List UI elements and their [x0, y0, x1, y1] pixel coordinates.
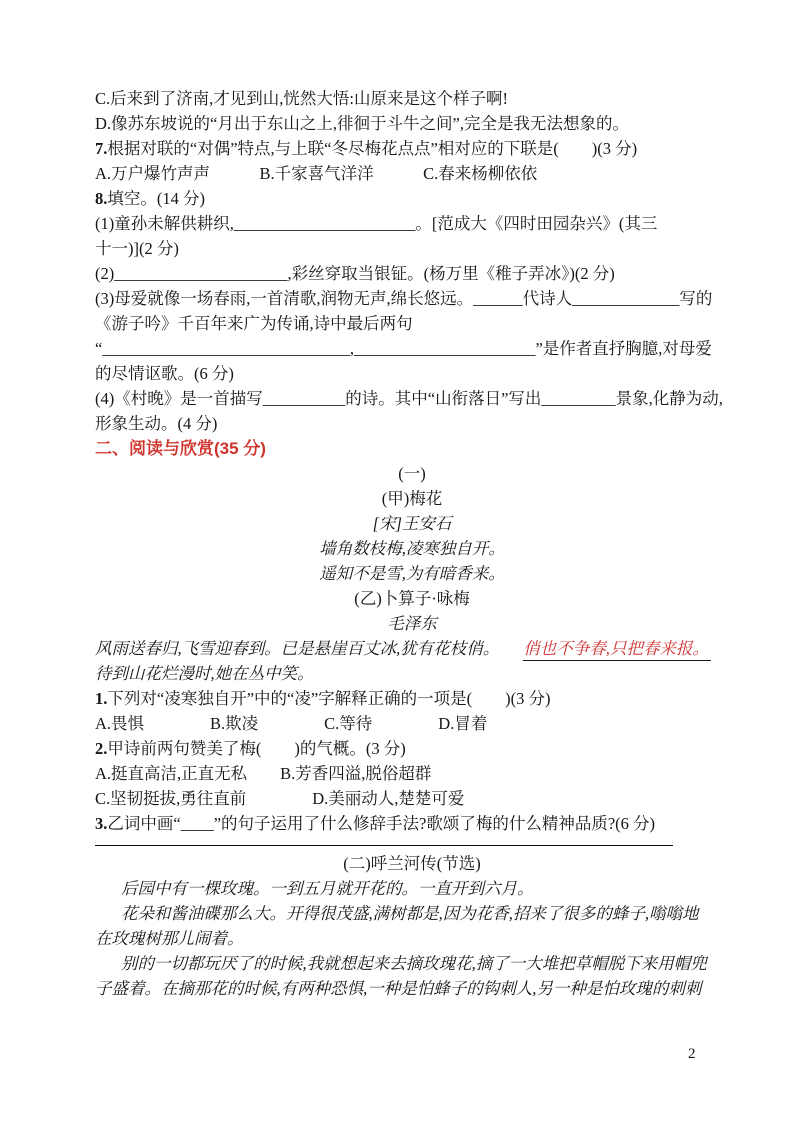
question-7-text: 根据对联的“对偶”特点,与上联“冬尽梅花点点”相对应的下联是( )(3 分)	[107, 139, 637, 158]
poem-b-body-line2: 待到山花烂漫时,她在丛中笑。	[95, 661, 729, 686]
question-1-number: 1.	[95, 689, 107, 708]
poem-a-author: [宋]王安石	[95, 511, 729, 536]
question-8: 8.填空。(14 分)	[95, 186, 729, 211]
question-3-number: 3.	[95, 814, 107, 833]
exam-content: C.后来到了济南,才见到山,恍然大悟:山原来是这个样子啊! D.像苏东坡说的“月…	[95, 86, 729, 1001]
section-2-header: 二、阅读与欣赏(35 分)	[95, 436, 729, 461]
prose-paragraph-3-line2: 子盛着。在摘那花的时候,有两种恐惧,一种是怕蜂子的钩刺人,另一种是怕玫瑰的刺刺	[95, 976, 729, 1001]
question-7: 7.根据对联的“对偶”特点,与上联“冬尽梅花点点”相对应的下联是( )(3 分)	[95, 136, 729, 161]
poem-b-body-line1: 风雨送春归,飞雪迎春到。已是悬崖百丈冰,犹有花枝俏。俏也不争春,只把春来报。	[95, 636, 729, 661]
fill-blank-1-line2: 十一)](2 分)	[95, 236, 729, 261]
question-2: 2.甲诗前两句赞美了梅( )的气概。(3 分)	[95, 736, 729, 761]
question-7-number: 7.	[95, 139, 107, 158]
mc-option-c: C.后来到了济南,才见到山,恍然大悟:山原来是这个样子啊!	[95, 86, 729, 111]
mc-option-d: D.像苏东坡说的“月出于东山之上,徘徊于斗牛之间”,完全是我无法想象的。	[95, 111, 729, 136]
fill-blank-3-quote-line: “______________________________,________…	[95, 336, 729, 361]
question-3: 3.乙词中画“____”的句子运用了什么修辞手法?歌颂了梅的什么精神品质?(6 …	[95, 811, 729, 836]
reading-2-title: (二)呼兰河传(节选)	[95, 851, 729, 876]
poem-a-verse-2: 遥知不是雪,为有暗香来。	[95, 561, 729, 586]
poem-b-title: (乙)卜算子·咏梅	[95, 586, 729, 611]
question-2-options-row2: C.坚韧挺拔,勇往直前 D.美丽动人,楚楚可爱	[95, 786, 729, 811]
fill-blank-3-line2: 《游子吟》千百年来广为传诵,诗中最后两句	[95, 311, 729, 336]
poem-a-verse-1: 墙角数枝梅,凌寒独自开。	[95, 536, 729, 561]
prose-paragraph-1: 后园中有一棵玫瑰。一到五月就开花的。一直开到六月。	[95, 876, 729, 901]
fill-blank-4-line2: 形象生动。(4 分)	[95, 411, 729, 436]
poem-b-line1-black: 风雨送春归,飞雪迎春到。已是悬崖百丈冰,犹有花枝俏。	[95, 639, 499, 658]
question-1: 1.下列对“凌寒独自开”中的“凌”字解释正确的一项是( )(3 分)	[95, 686, 729, 711]
fill-blank-3-line1: (3)母爱就像一场春雨,一首清歌,润物无声,绵长悠远。______代诗人____…	[95, 286, 729, 311]
question-2-text: 甲诗前两句赞美了梅( )的气概。(3 分)	[107, 739, 405, 758]
exam-page: C.后来到了济南,才见到山,恍然大悟:山原来是这个样子啊! D.像苏东坡说的“月…	[0, 0, 793, 1122]
question-1-text: 下列对“凌寒独自开”中的“凌”字解释正确的一项是( )(3 分)	[107, 689, 550, 708]
question-3-text: 乙词中画“____”的句子运用了什么修辞手法?歌颂了梅的什么精神品质?(6 分)	[107, 814, 655, 833]
prose-paragraph-3-line1: 别的一切都玩厌了的时候,我就想起来去摘玫瑰花,摘了一大堆把草帽脱下来用帽兜	[95, 951, 729, 976]
page-number: 2	[688, 1044, 696, 1064]
poem-a-title: (甲)梅花	[95, 486, 729, 511]
question-1-options: A.畏惧 B.欺凌 C.等待 D.冒着	[95, 711, 729, 736]
question-7-options: A.万户爆竹声声 B.千家喜气洋洋 C.春来杨柳依依	[95, 161, 729, 186]
poem-b-author: 毛泽东	[95, 611, 729, 636]
question-2-options-row1: A.挺直高洁,正直无私 B.芳香四溢,脱俗超群	[95, 761, 729, 786]
fill-blank-2: (2)_____________________,彩丝穿取当银钲。(杨万里《稚子…	[95, 261, 729, 286]
reading-1-part-label: (一)	[95, 461, 729, 486]
question-8-text: 填空。(14 分)	[107, 189, 205, 208]
fill-blank-3-line4: 的尽情讴歌。(6 分)	[95, 361, 729, 386]
fill-blank-4-line1: (4)《村晚》是一首描写__________的诗。其中“山衔落日”写出_____…	[95, 386, 729, 411]
prose-paragraph-2-line1: 花朵和酱油碟那么大。开得很茂盛,满树都是,因为花香,招来了很多的蜂子,嗡嗡地	[95, 901, 729, 926]
section-divider-line	[95, 845, 673, 846]
fill-blank-1-line1: (1)童孙未解供耕织,______________________。[范成大《四…	[95, 211, 729, 236]
prose-paragraph-2-line2: 在玫瑰树那儿闹着。	[95, 926, 729, 951]
question-2-number: 2.	[95, 739, 107, 758]
question-8-number: 8.	[95, 189, 107, 208]
poem-b-line1-red-underlined: 俏也不争春,只把春来报。	[523, 639, 711, 661]
